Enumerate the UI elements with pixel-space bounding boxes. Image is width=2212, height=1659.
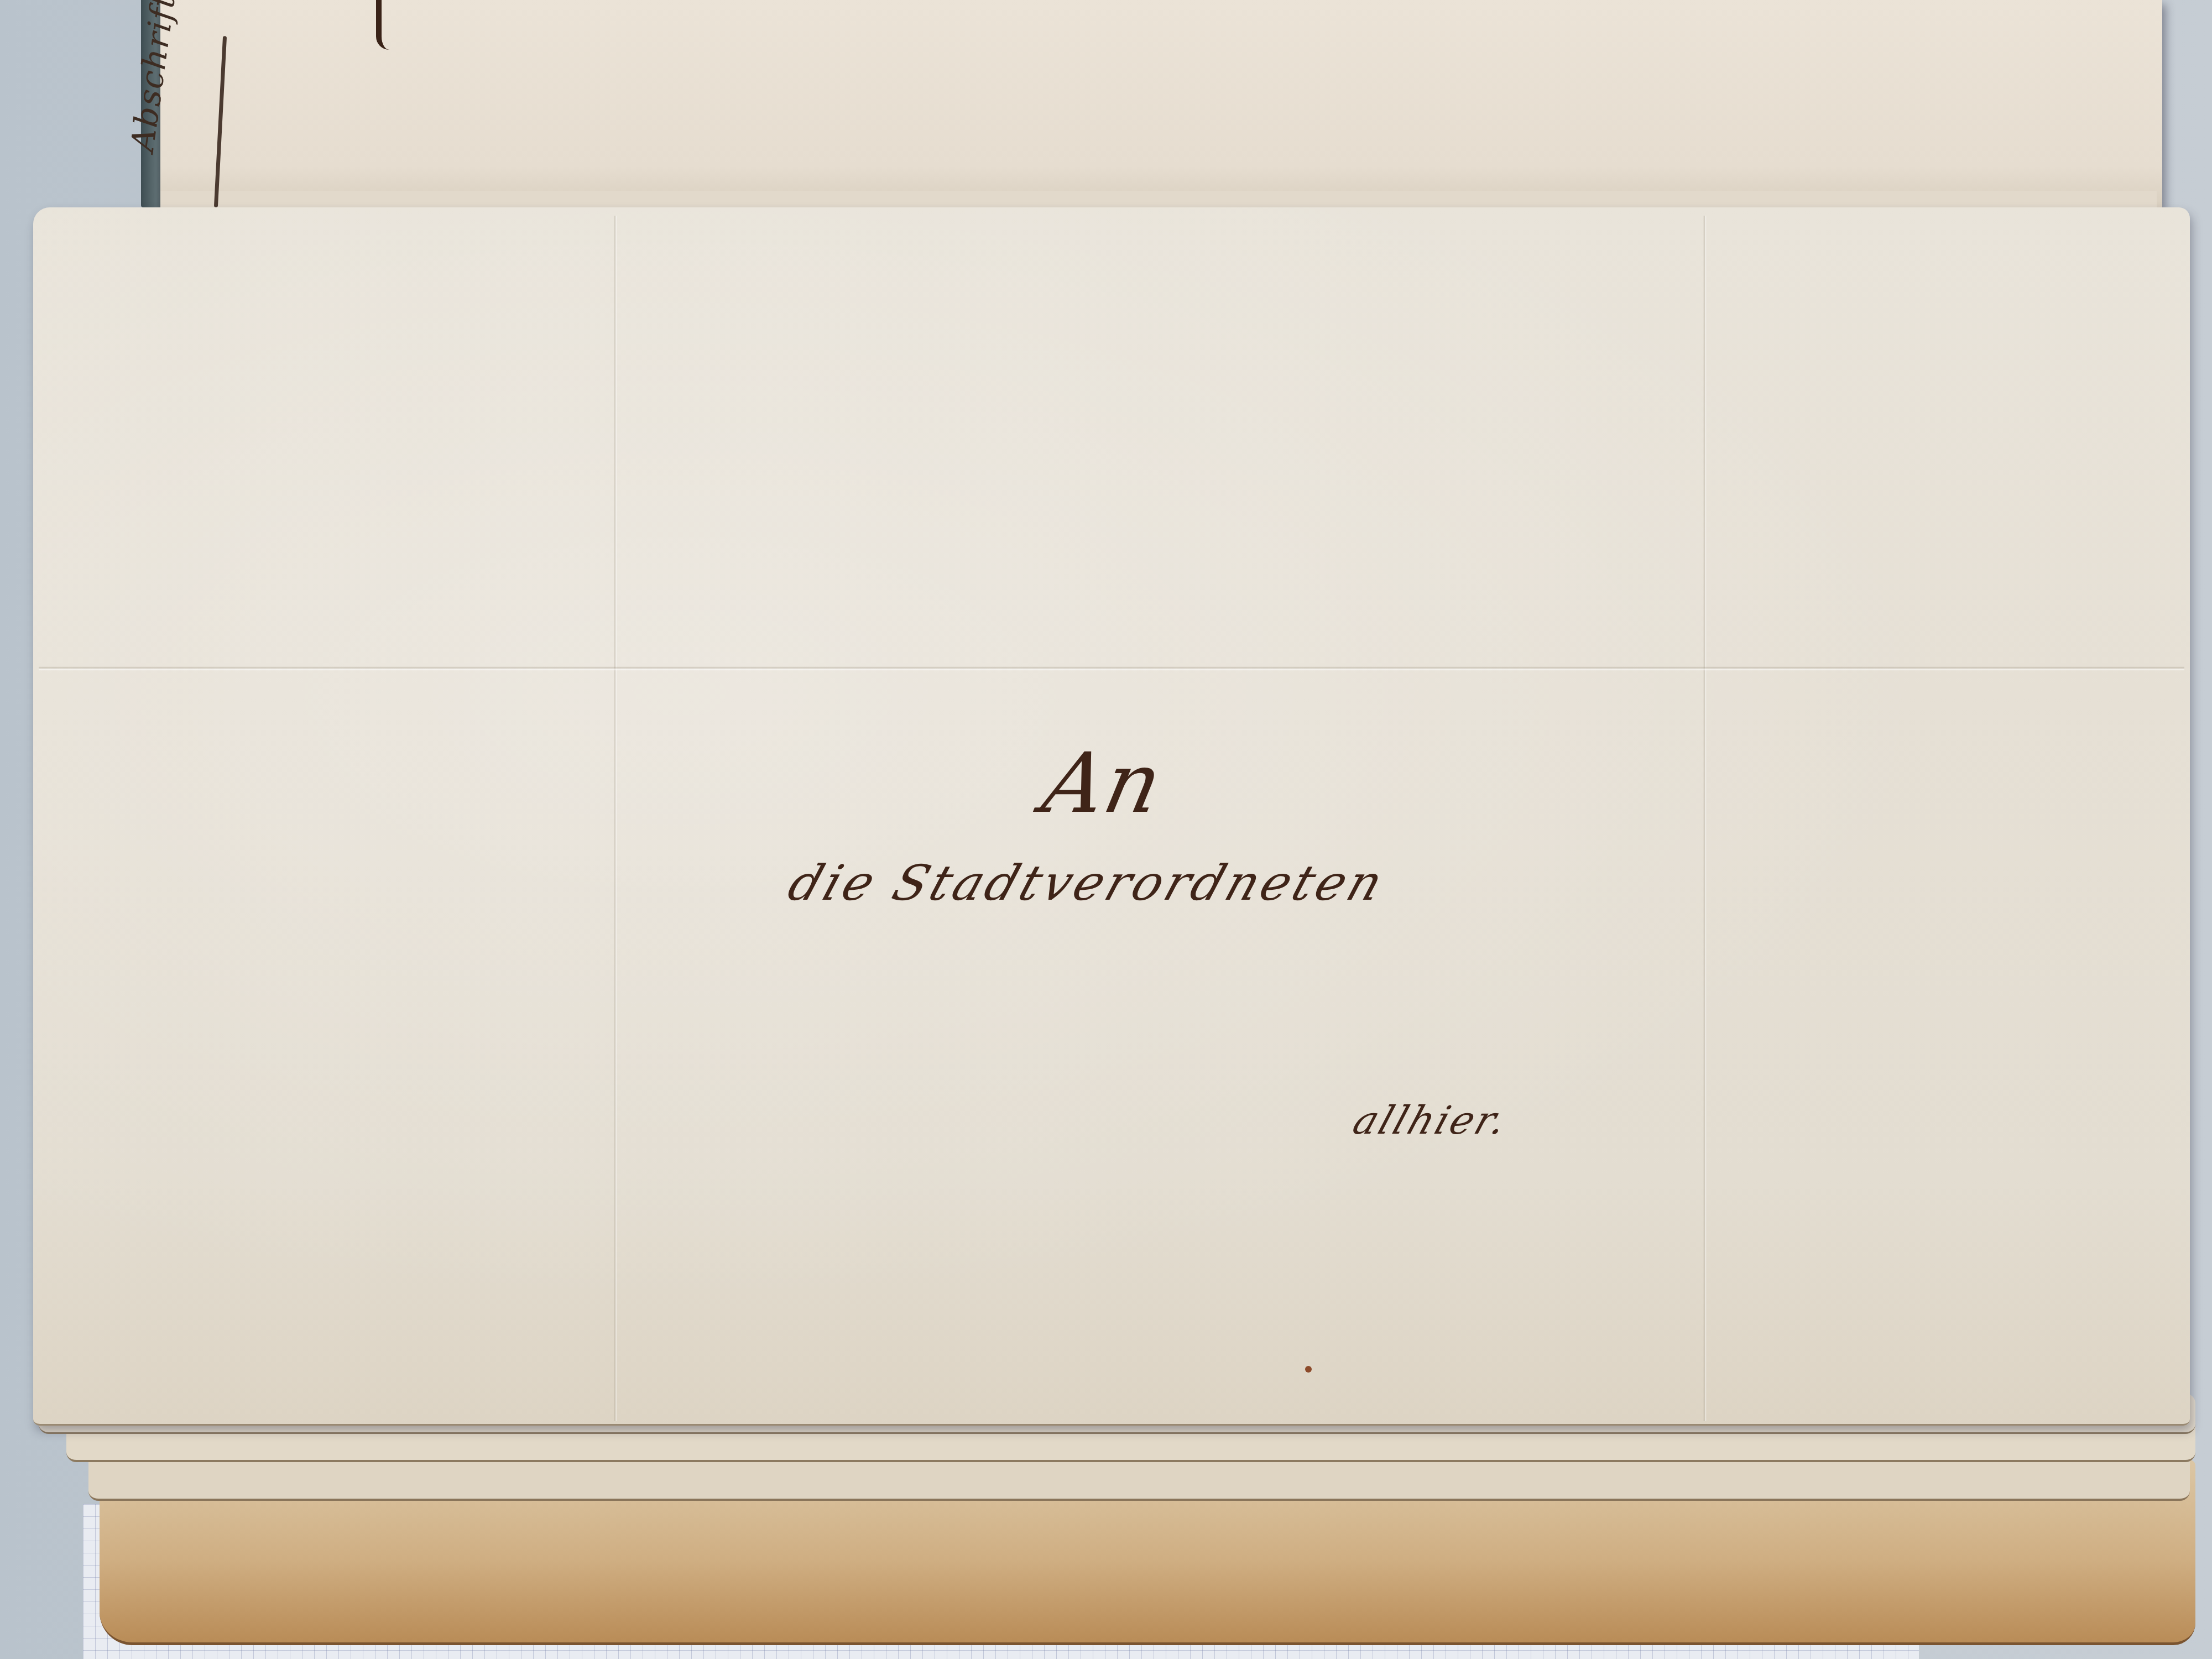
addressee-text: die Stadtverordneten <box>781 854 1393 911</box>
location-text: allhier. <box>1348 1098 1515 1143</box>
fold-line-horizontal <box>39 666 2184 671</box>
ink-stain <box>1305 1366 1312 1373</box>
fold-line-vertical-right <box>1703 216 1707 1421</box>
ink-flourish <box>376 0 389 50</box>
fold-line-vertical-left <box>614 216 617 1421</box>
salutation-text: An <box>1035 735 1171 832</box>
upper-sheet <box>160 0 2162 209</box>
